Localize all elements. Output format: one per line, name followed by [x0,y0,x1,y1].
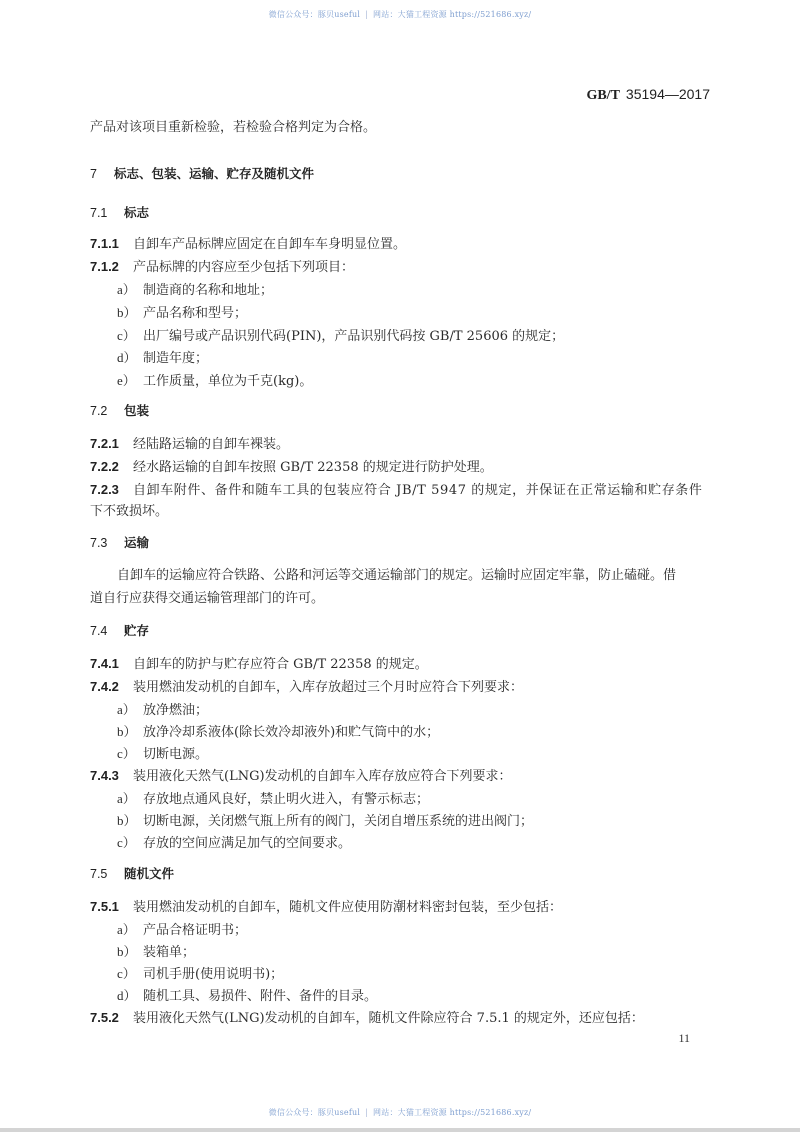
clause-text: 经水路运输的自卸车按照 GB/T 22358 的规定进行防护处理。 [133,460,493,475]
clause-text: 产品标牌的内容应至少包括下列项目： [133,260,354,275]
page-number: 11 [678,1031,690,1046]
list-marker: c） [117,835,143,851]
list-marker: b） [117,305,143,321]
list-text: 存放地点通风良好，禁止明火进入，有警示标志； [143,792,429,807]
clause-7-2-3: 7.2.3自卸车附件、备件和随车工具的包装应符合 JB/T 5947 的规定，并… [90,482,703,499]
list-item: b）产品名称和型号； [117,305,247,322]
list-item: c）切断电源。 [117,746,208,763]
clause-7-4-1: 7.4.1自卸车的防护与贮存应符合 GB/T 22358 的规定。 [90,656,428,673]
list-item: a）产品合格证明书； [117,922,247,939]
clause-number: 7.5.2 [90,1010,133,1026]
section-7-3-heading: 7.3运输 [90,535,149,551]
clause-7-5-2: 7.5.2装用液化天然气(LNG)发动机的自卸车，随机文件除应符合 7.5.1 … [90,1010,644,1027]
clause-7-1-1: 7.1.1自卸车产品标牌应固定在自卸车车身明显位置。 [90,236,406,253]
clause-7-4-3: 7.4.3装用液化天然气(LNG)发动机的自卸车入库存放应符合下列要求： [90,768,512,785]
paragraph-line: 自卸车的运输应符合铁路、公路和河运等交通运输部门的规定。运输时应固定牢靠，防止磕… [117,568,676,584]
section-number: 7.1 [90,205,124,221]
clause-7-5-1: 7.5.1装用燃油发动机的自卸车，随机文件应使用防潮材料密封包装，至少包括： [90,899,562,916]
watermark-top: 微信公众号：豚贝useful|网站：大猫工程资源 https://521686.… [0,9,800,20]
standard-number: GB/T35194—2017 [586,86,710,104]
list-item: d）随机工具、易损件、附件、备件的目录。 [117,988,377,1005]
list-text: 产品合格证明书； [143,923,247,938]
list-item: d）制造年度； [117,350,208,367]
watermark-website: 网站：大猫工程资源 https://521686.xyz/ [373,10,531,19]
list-text: 出厂编号或产品识别代码(PIN)，产品识别代码按 GB/T 25606 的规定； [143,329,564,344]
standard-code: 35194—2017 [626,86,710,102]
section-number: 7.4 [90,623,124,639]
list-marker: a） [117,922,143,938]
section-title: 运输 [124,535,149,550]
section-title: 标志 [124,205,149,220]
clause-continuation: 下不致损坏。 [90,504,168,520]
page-bottom-edge [0,1128,800,1132]
section-number: 7 [90,166,114,182]
clause-7-4-2: 7.4.2装用燃油发动机的自卸车，入库存放超过三个月时应符合下列要求： [90,679,523,696]
clause-text: 装用燃油发动机的自卸车，随机文件应使用防潮材料密封包装，至少包括： [133,900,562,915]
section-7-heading: 7标志、包装、运输、贮存及随机文件 [90,166,314,182]
list-text: 工作质量，单位为千克(kg)。 [143,374,312,389]
paragraph-line: 道自行应获得交通运输管理部门的许可。 [90,591,324,607]
watermark-separator: | [365,10,368,19]
section-title: 标志、包装、运输、贮存及随机文件 [114,166,314,181]
watermark-wechat: 微信公众号：豚贝useful [269,10,360,19]
clause-7-2-2: 7.2.2经水路运输的自卸车按照 GB/T 22358 的规定进行防护处理。 [90,459,493,476]
clause-number: 7.5.1 [90,899,133,915]
section-7-1-heading: 7.1标志 [90,205,149,221]
list-text: 产品名称和型号； [143,306,247,321]
list-marker: c） [117,328,143,344]
list-marker: d） [117,350,143,366]
list-text: 切断电源。 [143,747,208,762]
clause-text: 装用燃油发动机的自卸车，入库存放超过三个月时应符合下列要求： [133,680,523,695]
watermark-wechat: 微信公众号：豚贝useful [269,1108,360,1117]
section-number: 7.2 [90,403,124,419]
clause-7-1-2: 7.1.2产品标牌的内容应至少包括下列项目： [90,259,354,276]
list-item: b）装箱单； [117,944,195,961]
section-number: 7.3 [90,535,124,551]
list-text: 随机工具、易损件、附件、备件的目录。 [143,989,377,1004]
list-item: a）制造商的名称和地址； [117,282,273,299]
list-item: a）存放地点通风良好，禁止明火进入，有警示标志； [117,791,429,808]
clause-number: 7.1.2 [90,259,133,275]
clause-number: 7.1.1 [90,236,133,252]
clause-number: 7.2.1 [90,436,133,452]
list-marker: e） [117,373,143,389]
list-text: 放净冷却系液体(除长效冷却液外)和贮气筒中的水； [143,725,439,740]
clause-text: 装用液化天然气(LNG)发动机的自卸车入库存放应符合下列要求： [133,769,512,784]
section-title: 随机文件 [124,866,174,881]
list-marker: c） [117,746,143,762]
list-item: b）放净冷却系液体(除长效冷却液外)和贮气筒中的水； [117,724,439,741]
list-item: c）出厂编号或产品识别代码(PIN)，产品识别代码按 GB/T 25606 的规… [117,328,564,345]
list-text: 放净燃油； [143,703,208,718]
section-title: 包装 [124,403,149,418]
list-item: e）工作质量，单位为千克(kg)。 [117,373,312,390]
clause-number: 7.2.3 [90,482,133,498]
list-marker: c） [117,966,143,982]
clause-text: 装用液化天然气(LNG)发动机的自卸车，随机文件除应符合 7.5.1 的规定外，… [133,1011,644,1026]
watermark-website: 网站：大猫工程资源 https://521686.xyz/ [373,1108,531,1117]
clause-text: 自卸车的防护与贮存应符合 GB/T 22358 的规定。 [133,657,428,672]
list-marker: a） [117,791,143,807]
watermark-bottom: 微信公众号：豚贝useful|网站：大猫工程资源 https://521686.… [0,1107,800,1118]
list-item: a）放净燃油； [117,702,208,719]
section-7-2-heading: 7.2包装 [90,403,149,419]
list-text: 制造年度； [143,351,208,366]
clause-text: 经陆路运输的自卸车裸装。 [133,437,289,452]
section-title: 贮存 [124,623,149,638]
watermark-separator: | [365,1108,368,1117]
list-text: 司机手册(使用说明书)； [143,967,283,982]
intro-paragraph: 产品对该项目重新检验，若检验合格判定为合格。 [90,120,376,136]
list-marker: b） [117,813,143,829]
standard-prefix: GB/T [586,88,619,103]
clause-text: 自卸车附件、备件和随车工具的包装应符合 JB/T 5947 的规定，并保证在正常… [133,483,703,498]
list-marker: a） [117,282,143,298]
list-item: c）存放的空间应满足加气的空间要求。 [117,835,351,852]
list-item: b）切断电源，关闭燃气瓶上所有的阀门，关闭自增压系统的进出阀门； [117,813,533,830]
clause-number: 7.4.3 [90,768,133,784]
list-text: 切断电源，关闭燃气瓶上所有的阀门，关闭自增压系统的进出阀门； [143,814,533,829]
clause-number: 7.2.2 [90,459,133,475]
list-text: 存放的空间应满足加气的空间要求。 [143,836,351,851]
section-7-4-heading: 7.4贮存 [90,623,149,639]
clause-number: 7.4.2 [90,679,133,695]
list-marker: b） [117,944,143,960]
list-item: c）司机手册(使用说明书)； [117,966,283,983]
list-text: 装箱单； [143,945,195,960]
section-number: 7.5 [90,866,124,882]
clause-number: 7.4.1 [90,656,133,672]
clause-text: 自卸车产品标牌应固定在自卸车车身明显位置。 [133,237,406,252]
list-marker: b） [117,724,143,740]
clause-7-2-1: 7.2.1经陆路运输的自卸车裸装。 [90,436,289,453]
section-7-5-heading: 7.5随机文件 [90,866,174,882]
list-text: 制造商的名称和地址； [143,283,273,298]
list-marker: d） [117,988,143,1004]
list-marker: a） [117,702,143,718]
